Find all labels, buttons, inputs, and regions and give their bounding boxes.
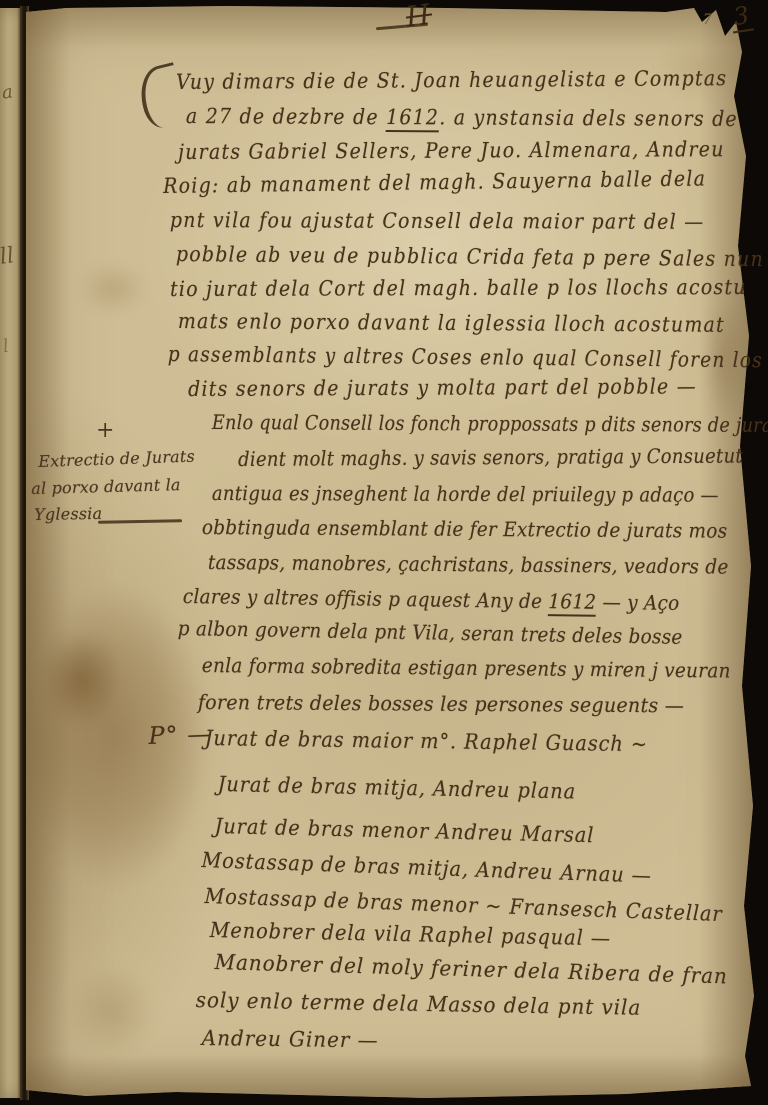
- list-item: soly enlo terme dela Masso dela pnt vila: [196, 988, 642, 1020]
- handwriting-layer: II 7 3 Vuy dimars die de St. Joan heuang…: [0, 0, 768, 1105]
- handwritten-line: clares y altres offisis p aquest Any de …: [183, 584, 680, 615]
- margin-note-line: Yglessia: [34, 504, 102, 524]
- handwritten-line: antigua es jnseghent la horde del priuil…: [212, 481, 719, 507]
- line-segment: a 27 de dezbre de: [186, 104, 386, 129]
- handwritten-line: mats enlo porxo davant la iglessia lloch…: [178, 309, 725, 337]
- handwritten-line: obbtinguda ensemblant die fer Extrectio …: [202, 515, 728, 543]
- manuscript-scan: a ll l II 7 3 Vuy dimars die de St. Joan…: [0, 0, 768, 1105]
- line-segment: — y Aço: [596, 590, 680, 615]
- list-item: Andreu Giner —: [202, 1026, 379, 1052]
- handwritten-line: p albon govern dela pnt Vila, seran tret…: [178, 616, 683, 649]
- list-item: Jurat de bras menor Andreu Marsal: [214, 814, 594, 847]
- list-item: Jurat de bras mitja, Andreu plana: [217, 772, 576, 804]
- margin-cross-mark: +: [96, 420, 114, 442]
- handwritten-line: pnt vila fou ajustat Consell dela maior …: [170, 208, 705, 234]
- list-item: Manobrer del moly feriner dela Ribera de…: [214, 950, 728, 988]
- handwritten-line: Vuy dimars die de St. Joan heuangelista …: [176, 66, 727, 94]
- margin-note-flourish: [98, 519, 182, 523]
- list-item: Menobrer dela vila Raphel pasqual —: [209, 918, 611, 950]
- margin-note-line: al porxo davant la: [31, 475, 181, 498]
- folio-number: 3: [729, 3, 754, 34]
- handwritten-line: jurats Gabriel Sellers, Pere Juo. Almena…: [178, 137, 725, 164]
- handwritten-line: foren trets deles bosses les persones se…: [198, 690, 684, 717]
- line-segment: clares y altres offisis p aquest Any de: [183, 584, 549, 613]
- underlined-year: 1612: [386, 105, 439, 132]
- handwritten-line: Enlo qual Consell los fonch proppossats …: [212, 410, 768, 437]
- handwritten-line: Roig: ab manament del magh. Sauyerna bal…: [163, 166, 706, 198]
- list-item: Jurat de bras maior m°. Raphel Guasch ~: [205, 726, 648, 756]
- handwritten-line: tassaps, manobres, çachristans, bassiner…: [208, 550, 729, 579]
- handwritten-line: p assemblants y altres Coses enlo qual C…: [168, 342, 763, 372]
- handwritten-line: dient molt maghs. y savis senors, pratig…: [238, 443, 743, 471]
- underlined-year: 1612: [548, 589, 596, 617]
- folio-number-mark: 7: [703, 13, 712, 27]
- line-segment: . a ynstansia dels senors de: [439, 105, 738, 131]
- handwritten-line: enla forma sobredita estigan presents y …: [202, 653, 731, 683]
- handwritten-line: pobble ab veu de pubblica Crida feta p p…: [176, 242, 764, 271]
- list-marker-primo: P° —: [148, 720, 213, 750]
- handwritten-line: dits senors de jurats y molta part del p…: [188, 374, 697, 401]
- list-item: Mostassap de bras mitja, Andreu Arnau —: [201, 848, 652, 888]
- margin-note-line: Extrectio de Jurats: [38, 447, 195, 471]
- handwritten-line: a 27 de dezbre de 1612. a ynstansia dels…: [186, 104, 738, 131]
- handwritten-line: tio jurat dela Cort del magh. balle p lo…: [170, 275, 747, 301]
